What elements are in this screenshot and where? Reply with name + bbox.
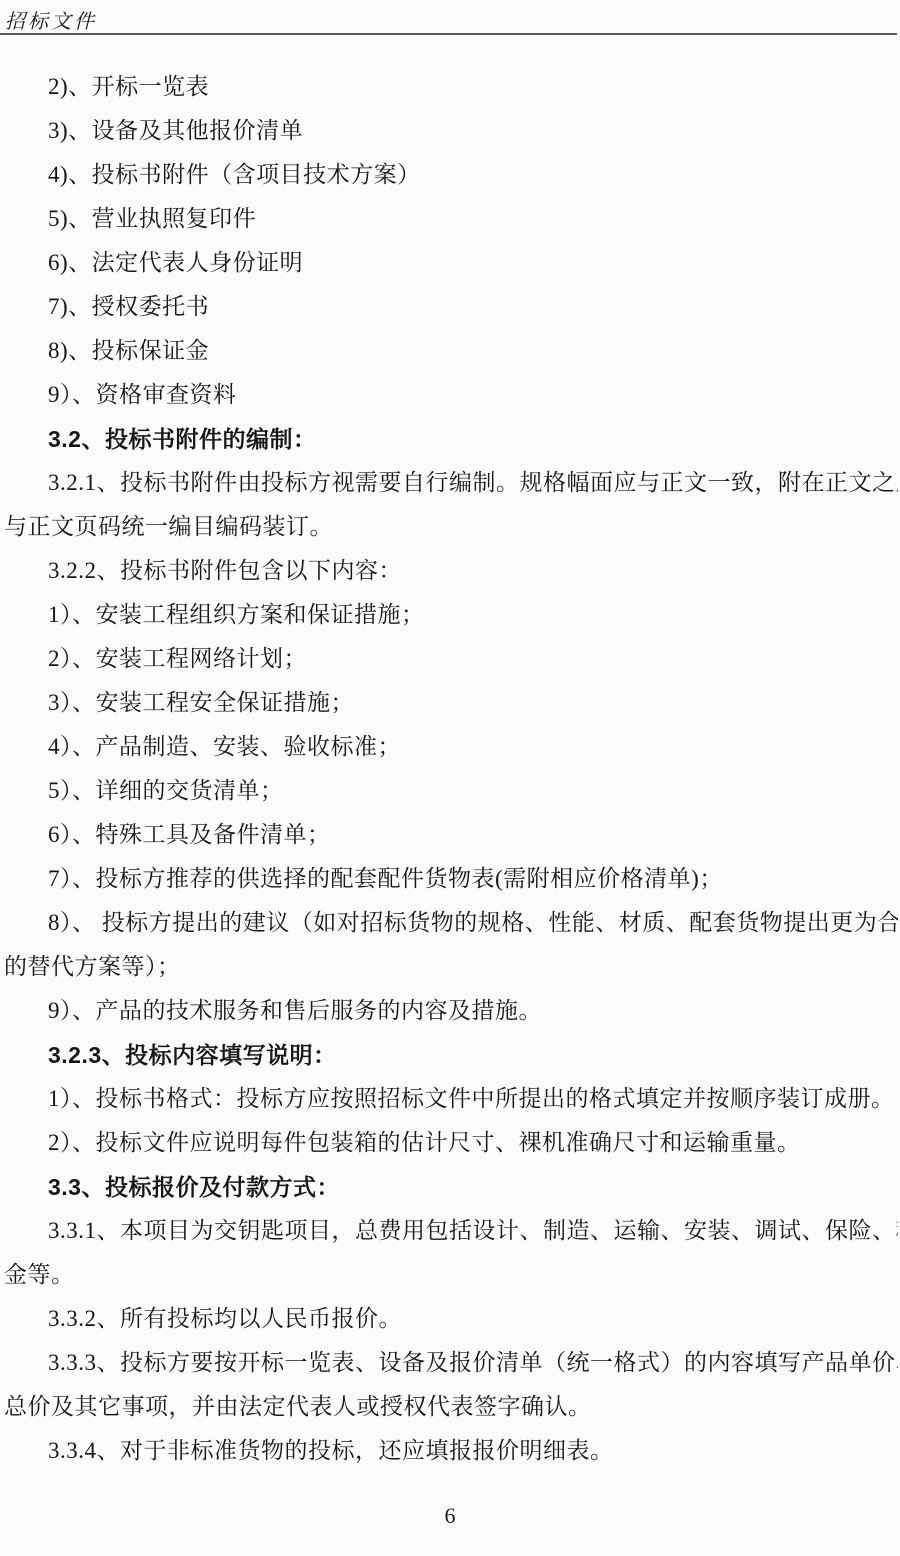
paragraph-line: 3.2.2、投标书附件包含以下内容： bbox=[4, 549, 898, 593]
paragraph-line: 3.2、投标书附件的编制： bbox=[4, 417, 898, 461]
paragraph-line: 3)、设备及其他报价清单 bbox=[4, 109, 898, 153]
paragraph-line: 2）、投标文件应说明每件包装箱的估计尺寸、裸机准确尺寸和运输重量。 bbox=[4, 1121, 898, 1165]
paragraph-line: 3.2.1、投标书附件由投标方视需要自行编制。规格幅面应与正文一致，附在正文之后… bbox=[4, 461, 898, 505]
paragraph-line: 金等。 bbox=[4, 1253, 898, 1297]
paragraph-line: 3.3、投标报价及付款方式： bbox=[4, 1165, 898, 1209]
paragraph-line: 7)、授权委托书 bbox=[4, 285, 898, 329]
paragraph-line: 3.3.2、所有投标均以人民币报价。 bbox=[4, 1297, 898, 1341]
paragraph-line: 4)、投标书附件（含项目技术方案） bbox=[4, 153, 898, 197]
document-page: 招标文件 2)、开标一览表3)、设备及其他报价清单4)、投标书附件（含项目技术方… bbox=[0, 0, 900, 1556]
paragraph-line: 3.3.4、对于非标准货物的投标，还应填报报价明细表。 bbox=[4, 1429, 898, 1473]
paragraph-line: 总价及其它事项，并由法定代表人或授权代表签字确认。 bbox=[4, 1385, 898, 1429]
paragraph-line: 5)、营业执照复印件 bbox=[4, 197, 898, 241]
paragraph-line: 9）、产品的技术服务和售后服务的内容及措施。 bbox=[4, 989, 898, 1033]
paragraph-line: 8）、 投标方提出的建议（如对招标货物的规格、性能、材质、配套货物提出更为合理 bbox=[4, 901, 898, 945]
paragraph-line: 2）、安装工程网络计划； bbox=[4, 637, 898, 681]
paragraph-line: 9）、资格审查资料 bbox=[4, 373, 898, 417]
paragraph-line: 4）、产品制造、安装、验收标准； bbox=[4, 725, 898, 769]
paragraph-line: 1）、投标书格式：投标方应按照招标文件中所提出的格式填定并按顺序装订成册。 bbox=[4, 1077, 898, 1121]
paragraph-line: 6）、特殊工具及备件清单； bbox=[4, 813, 898, 857]
paragraph-line: 3.3.1、本项目为交钥匙项目，总费用包括设计、制造、运输、安装、调试、保险、税 bbox=[4, 1209, 898, 1253]
paragraph-line: 3.3.3、投标方要按开标一览表、设备及报价清单（统一格式）的内容填写产品单价、 bbox=[4, 1341, 898, 1385]
paragraph-line: 与正文页码统一编目编码装订。 bbox=[4, 505, 898, 549]
paragraph-line: 3.2.3、投标内容填写说明： bbox=[4, 1033, 898, 1077]
paragraph-line: 7）、投标方推荐的供选择的配套配件货物表(需附相应价格清单)； bbox=[4, 857, 898, 901]
paragraph-line: 1）、安装工程组织方案和保证措施； bbox=[4, 593, 898, 637]
paragraph-line: 2)、开标一览表 bbox=[4, 65, 898, 109]
paragraph-line: 6)、法定代表人身份证明 bbox=[4, 241, 898, 285]
paragraph-line: 3）、安装工程安全保证措施； bbox=[4, 681, 898, 725]
page-number: 6 bbox=[0, 1503, 900, 1529]
header-rule bbox=[0, 33, 897, 35]
paragraph-line: 的替代方案等）； bbox=[4, 945, 898, 989]
page-header-title: 招标文件 bbox=[5, 5, 97, 34]
paragraph-line: 8)、投标保证金 bbox=[4, 329, 898, 373]
document-body: 2)、开标一览表3)、设备及其他报价清单4)、投标书附件（含项目技术方案）5)、… bbox=[4, 65, 898, 1473]
paragraph-line: 5）、详细的交货清单； bbox=[4, 769, 898, 813]
